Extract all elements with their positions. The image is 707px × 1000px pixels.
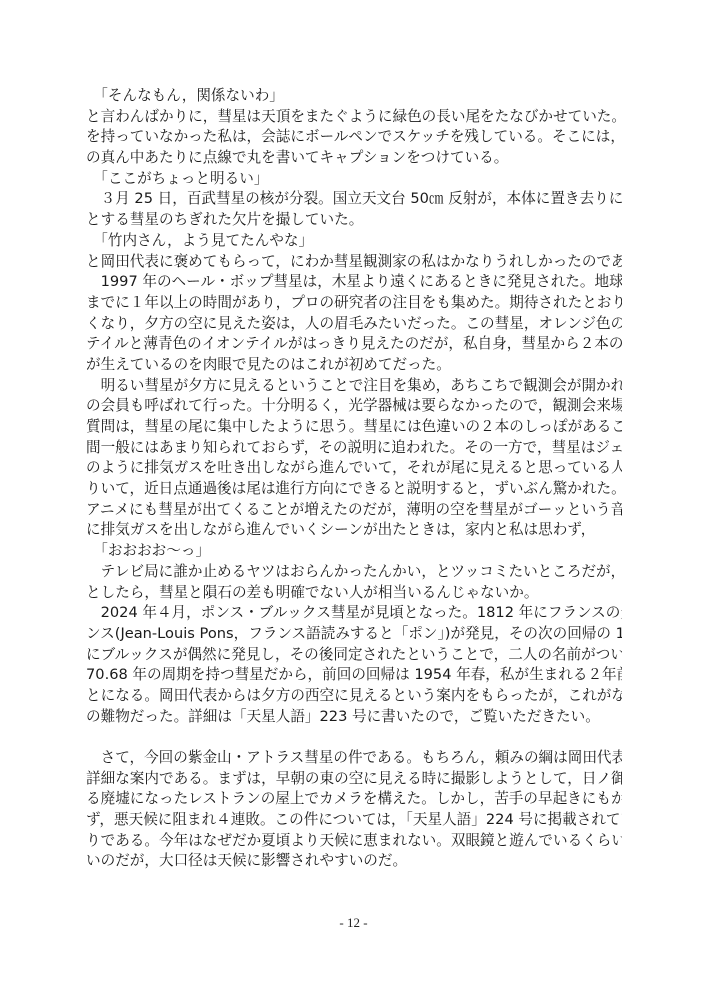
document-page: 「そんなもん，関係ないわ」と言わんばかりに，彗星は天頂をまたぐように緑色の長い尾…: [0, 0, 707, 1000]
text-line: ３月 25 日，百武彗星の核が分裂。国立天文台 50㎝ 反射が，本体に置き去りに…: [86, 189, 622, 210]
text-line: と言わんばかりに，彗星は天頂をまたぐように緑色の長い尾をたなびかせていた。カメラ: [86, 107, 622, 128]
text-line: 明るい彗星が夕方に見えるということで注目を集め，あちこちで観測会が開かれ，飛鳥: [86, 376, 622, 397]
text-line: としたら，彗星と隕石の差も明確でない人が相当いるんじゃないか。: [86, 583, 622, 604]
text-line: 「竹内さん，よう見てたんやな」: [86, 231, 622, 252]
text-line: 「そんなもん，関係ないわ」: [86, 86, 622, 107]
text-line: 詳細な案内である。まずは，早朝の東の空に見える時に撮影しようとして，日ノ御碕にあ: [86, 769, 622, 790]
text-line: の真ん中あたりに点線で丸を書いてキャプションをつけている。: [86, 148, 622, 169]
text-line: 2024 年４月，ポンス・ブルックス彗星が見頃となった。1812 年にフランスの…: [86, 603, 622, 624]
text-line: に排気ガスを出しながら進んでいくシーンが出たときは，家内と私は思わず，: [86, 520, 622, 541]
text-line: る廃墟になったレストランの屋上でカメラを構えた。しかし，苦手の早起きにもかかわら: [86, 789, 622, 810]
text-line: を持っていなかった私は，会誌にボールペンでスケッチを残している。そこには，長い尾: [86, 127, 622, 148]
text-line: テレビ局に誰か止めるヤツはおらんかったんかい，とツッコミたいところだが，ひょっ: [86, 562, 622, 583]
text-line: と岡田代表に褒めてもらって，にわか彗星観測家の私はかなりうれしかったのである。: [86, 252, 622, 273]
text-line: とする彗星のちぎれた欠片を撮していた。: [86, 210, 622, 231]
text-line: 質問は，彗星の尾に集中したように思う。彗星には色違いの２本のしっぽがあることは世: [86, 417, 622, 438]
text-line: のように排気ガスを吐き出しながら進んでいて，それが尾に見えると思っている人がかな: [86, 458, 622, 479]
body-text: 「そんなもん，関係ないわ」と言わんばかりに，彗星は天頂をまたぐように緑色の長い尾…: [86, 86, 622, 872]
text-line: テイルと薄青色のイオンテイルがはっきり見えたのだが，私自身，彗星から２本のしっぽ: [86, 334, 622, 355]
text-line: 1997 年のヘール・ボップ彗星は，木星より遠くにあるときに発見された。地球に近…: [86, 272, 622, 293]
text-line: さて，今回の紫金山・アトラス彗星の件である。もちろん，頼みの綱は岡田代表からは: [86, 748, 622, 769]
paragraph-gap: [86, 727, 622, 748]
page-number: - 12 -: [0, 915, 707, 931]
text-line: 70.68 年の周期を持つ彗星だから，前回の回帰は 1954 年春，私が生まれる…: [86, 665, 622, 686]
text-line: の難物だった。詳細は「天星人語」223 号に書いたので，ご覧いただきたい。: [86, 707, 622, 728]
text-line: の会員も呼ばれて行った。十分明るく，光学器械は要らなかったので，観測会来場者から: [86, 396, 622, 417]
text-line: 「ここがちょっと明るい」: [86, 169, 622, 190]
text-line: までに１年以上の時間があり，プロの研究者の注目をも集めた。期待されたとおりに明る: [86, 293, 622, 314]
text-line: が生えているのを肉眼で見たのはこれが初めてだった。: [86, 355, 622, 376]
text-line: にブルックスが偶然に発見し，その後同定されたということで，二人の名前がついている…: [86, 645, 622, 666]
text-line: いのだが，大口径は天候に影響されやすいのだ。: [86, 851, 622, 872]
text-line: 「おおおお～っ」: [86, 541, 622, 562]
text-line: ンス(Jean-Louis Pons，フランス語読みすると「ポン」)が発見，その…: [86, 624, 622, 645]
text-line: ず，悪天候に阻まれ４連敗。この件については，「天星人語」224 号に掲載されてい…: [86, 810, 622, 831]
text-line: くなり，夕方の空に見えた姿は，人の眉毛みたいだった。この彗星，オレンジ色のダスト: [86, 314, 622, 335]
text-line: りいて，近日点通過後は尾は進行方向にできると説明すると，ずいぶん驚かれた。テレビ: [86, 479, 622, 500]
text-line: 間一般にはあまり知られておらず，その説明に追われた。その一方で，彗星はジェット機: [86, 438, 622, 459]
text-line: りである。今年はなぜだか夏頃より天候に恵まれない。双眼鏡と遊んでいるくらいならい: [86, 831, 622, 852]
text-line: とになる。岡田代表からは夕方の西空に見えるという案内をもらったが，これがなかなか: [86, 686, 622, 707]
text-line: アニメにも彗星が出てくることが増えたのだが，薄明の空を彗星がゴーッという音ととも: [86, 500, 622, 521]
